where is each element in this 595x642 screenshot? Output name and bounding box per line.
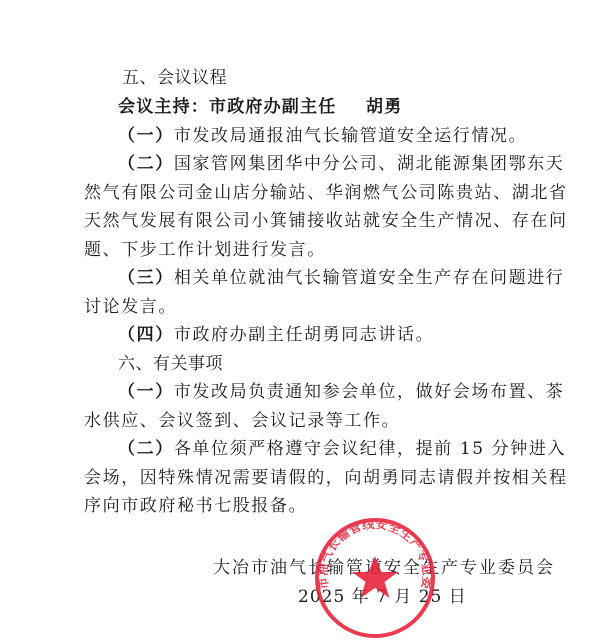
- item-text: 市发改局负责通知参会单位，做好会场布置、茶: [174, 382, 565, 402]
- item-marker: （一）: [118, 126, 174, 146]
- matters-item-1-line-2: 水供应、会议签到、会议记录等工作。: [84, 411, 400, 431]
- host-label: 会议主持：市政府办副主任: [118, 97, 336, 117]
- official-seal-icon: 大冶市油气长输管线安全生产专业委员会: [313, 516, 437, 640]
- item-text: 各单位须严格遵守会议纪律，提前 15 分钟进入: [174, 439, 566, 459]
- meeting-host: 会议主持：市政府办副主任 胡勇: [118, 97, 518, 117]
- agenda-item-2-line-4: 题、下步工作计划进行发言。: [84, 240, 326, 260]
- agenda-item-3-line-2: 讨论发言。: [84, 297, 177, 317]
- section-heading-agenda: 五、会议议程: [122, 68, 227, 88]
- agenda-item-2: （二）国家管网集团华中分公司、湖北能源集团鄂东天: [118, 154, 564, 174]
- item-marker: （三）: [118, 268, 174, 288]
- matters-item-2-line-3: 序向市政府秘书七股报备。: [84, 496, 307, 516]
- agenda-item-4: （四）市政府办副主任胡勇同志讲话。: [118, 325, 434, 345]
- agenda-item-2-line-2: 然气有限公司金山店分输站、华润燃气公司陈贵站、湖北省: [84, 183, 568, 203]
- document-page: 五、会议议程 会议主持：市政府办副主任 胡勇 （一）市发改局通报油气长输管道安全…: [0, 0, 595, 642]
- item-marker: （二）: [118, 154, 174, 174]
- item-text: 市政府办副主任胡勇同志讲话。: [174, 325, 434, 345]
- item-marker: （一）: [118, 382, 174, 402]
- matters-item-1: （一）市发改局负责通知参会单位，做好会场布置、茶: [118, 382, 564, 402]
- agenda-item-1: （一）市发改局通报油气长输管道安全运行情况。: [118, 126, 527, 146]
- agenda-item-3: （三）相关单位就油气长输管道安全生产存在问题进行: [118, 268, 564, 288]
- item-text: 市发改局通报油气长输管道安全运行情况。: [174, 126, 527, 146]
- item-text: 国家管网集团华中分公司、湖北能源集团鄂东天: [174, 154, 565, 174]
- item-text: 相关单位就油气长输管道安全生产存在问题进行: [174, 268, 565, 288]
- item-marker: （四）: [118, 325, 174, 345]
- item-marker: （二）: [118, 439, 174, 459]
- matters-item-2-line-2: 会场，因特殊情况需要请假的，向胡勇同志请假并按相关程: [84, 468, 568, 488]
- matters-item-2: （二）各单位须严格遵守会议纪律，提前 15 分钟进入: [118, 439, 566, 459]
- host-name: 胡勇: [366, 97, 402, 117]
- section-heading-matters: 六、有关事项: [118, 354, 223, 374]
- agenda-item-2-line-3: 天然气发展有限公司小箕铺接收站就安全生产情况、存在问: [84, 211, 568, 231]
